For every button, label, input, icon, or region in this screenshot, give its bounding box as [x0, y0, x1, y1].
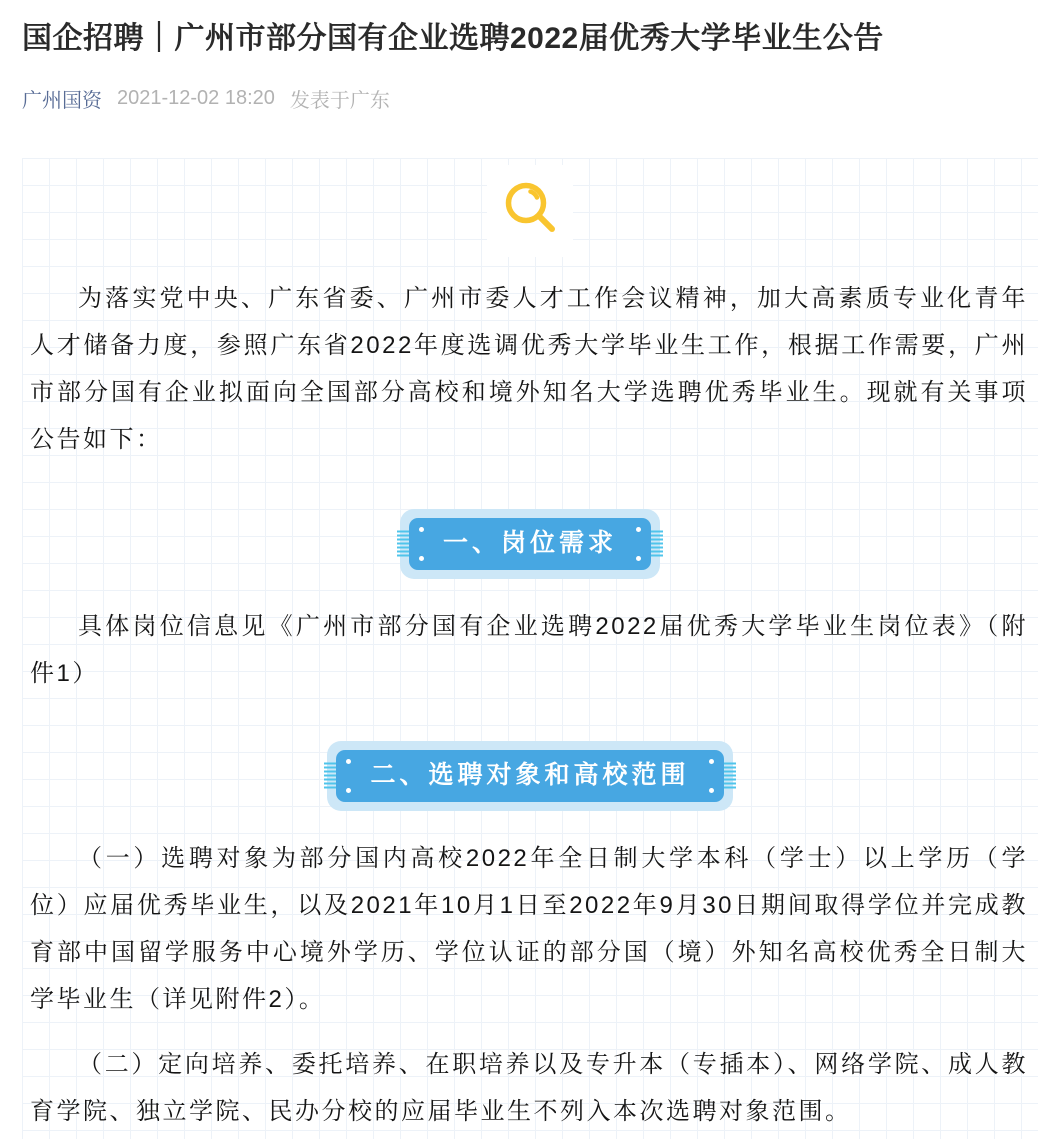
badge-dot-icon: [709, 759, 714, 764]
badge-dot-icon: [636, 527, 641, 532]
badge-dot-icon: [346, 788, 351, 793]
wechat-article-page: { "article": { "title": "国企招聘｜广州市部分国有企业选…: [0, 0, 1038, 1139]
byline: 广州国资 2021-12-02 18:20 发表于广东: [22, 84, 1022, 113]
publish-time: 2021-12-02 18:20: [117, 87, 275, 110]
badge-dot-icon: [709, 788, 714, 793]
section-heading-row-2: 二、选聘对象和高校范围: [22, 741, 1038, 811]
section-heading-2-label: 二、选聘对象和高校范围: [370, 761, 689, 789]
badge-stripes-right-icon: [723, 763, 736, 790]
article-content: 为落实党中央、广东省委、广州市委人才工作会议精神，加大高素质专业化青年人才储备力…: [22, 158, 1038, 1139]
intro-paragraph: 为落实党中央、广东省委、广州市委人才工作会议精神，加大高素质专业化青年人才储备力…: [30, 275, 1028, 463]
section-badge-2: 二、选聘对象和高校范围: [327, 741, 732, 811]
section-2-paragraph-2: （二）定向培养、委托培养、在职培养以及专升本（专插本）、网络学院、成人教育学院、…: [30, 1041, 1028, 1135]
unloaded-image-placeholder[interactable]: [487, 165, 573, 257]
article-header: 国企招聘｜广州市部分国有企业选聘2022届优秀大学毕业生公告 广州国资 2021…: [22, 20, 1022, 113]
magnifier-icon: [499, 178, 561, 245]
section-heading-row-1: 一、岗位需求: [22, 509, 1038, 579]
article-title: 国企招聘｜广州市部分国有企业选聘2022届优秀大学毕业生公告: [22, 20, 1022, 58]
section-2-paragraph-1: （一）选聘对象为部分国内高校2022年全日制大学本科（学士）以上学历（学位）应届…: [30, 835, 1028, 1023]
badge-dot-icon: [636, 556, 641, 561]
section-heading-1-label: 一、岗位需求: [443, 529, 617, 557]
badge-dot-icon: [419, 556, 424, 561]
section-badge-1: 一、岗位需求: [400, 509, 660, 579]
account-name-link[interactable]: 广州国资: [22, 84, 102, 113]
publish-location: 发表于广东: [290, 84, 390, 113]
badge-dot-icon: [419, 527, 424, 532]
section-1-paragraph: 具体岗位信息见《广州市部分国有企业选聘2022届优秀大学毕业生岗位表》（附件1）: [30, 603, 1028, 697]
badge-dot-icon: [346, 759, 351, 764]
section-heading-2: 二、选聘对象和高校范围: [336, 750, 723, 802]
badge-stripes-right-icon: [650, 531, 663, 558]
section-heading-1: 一、岗位需求: [409, 518, 651, 570]
